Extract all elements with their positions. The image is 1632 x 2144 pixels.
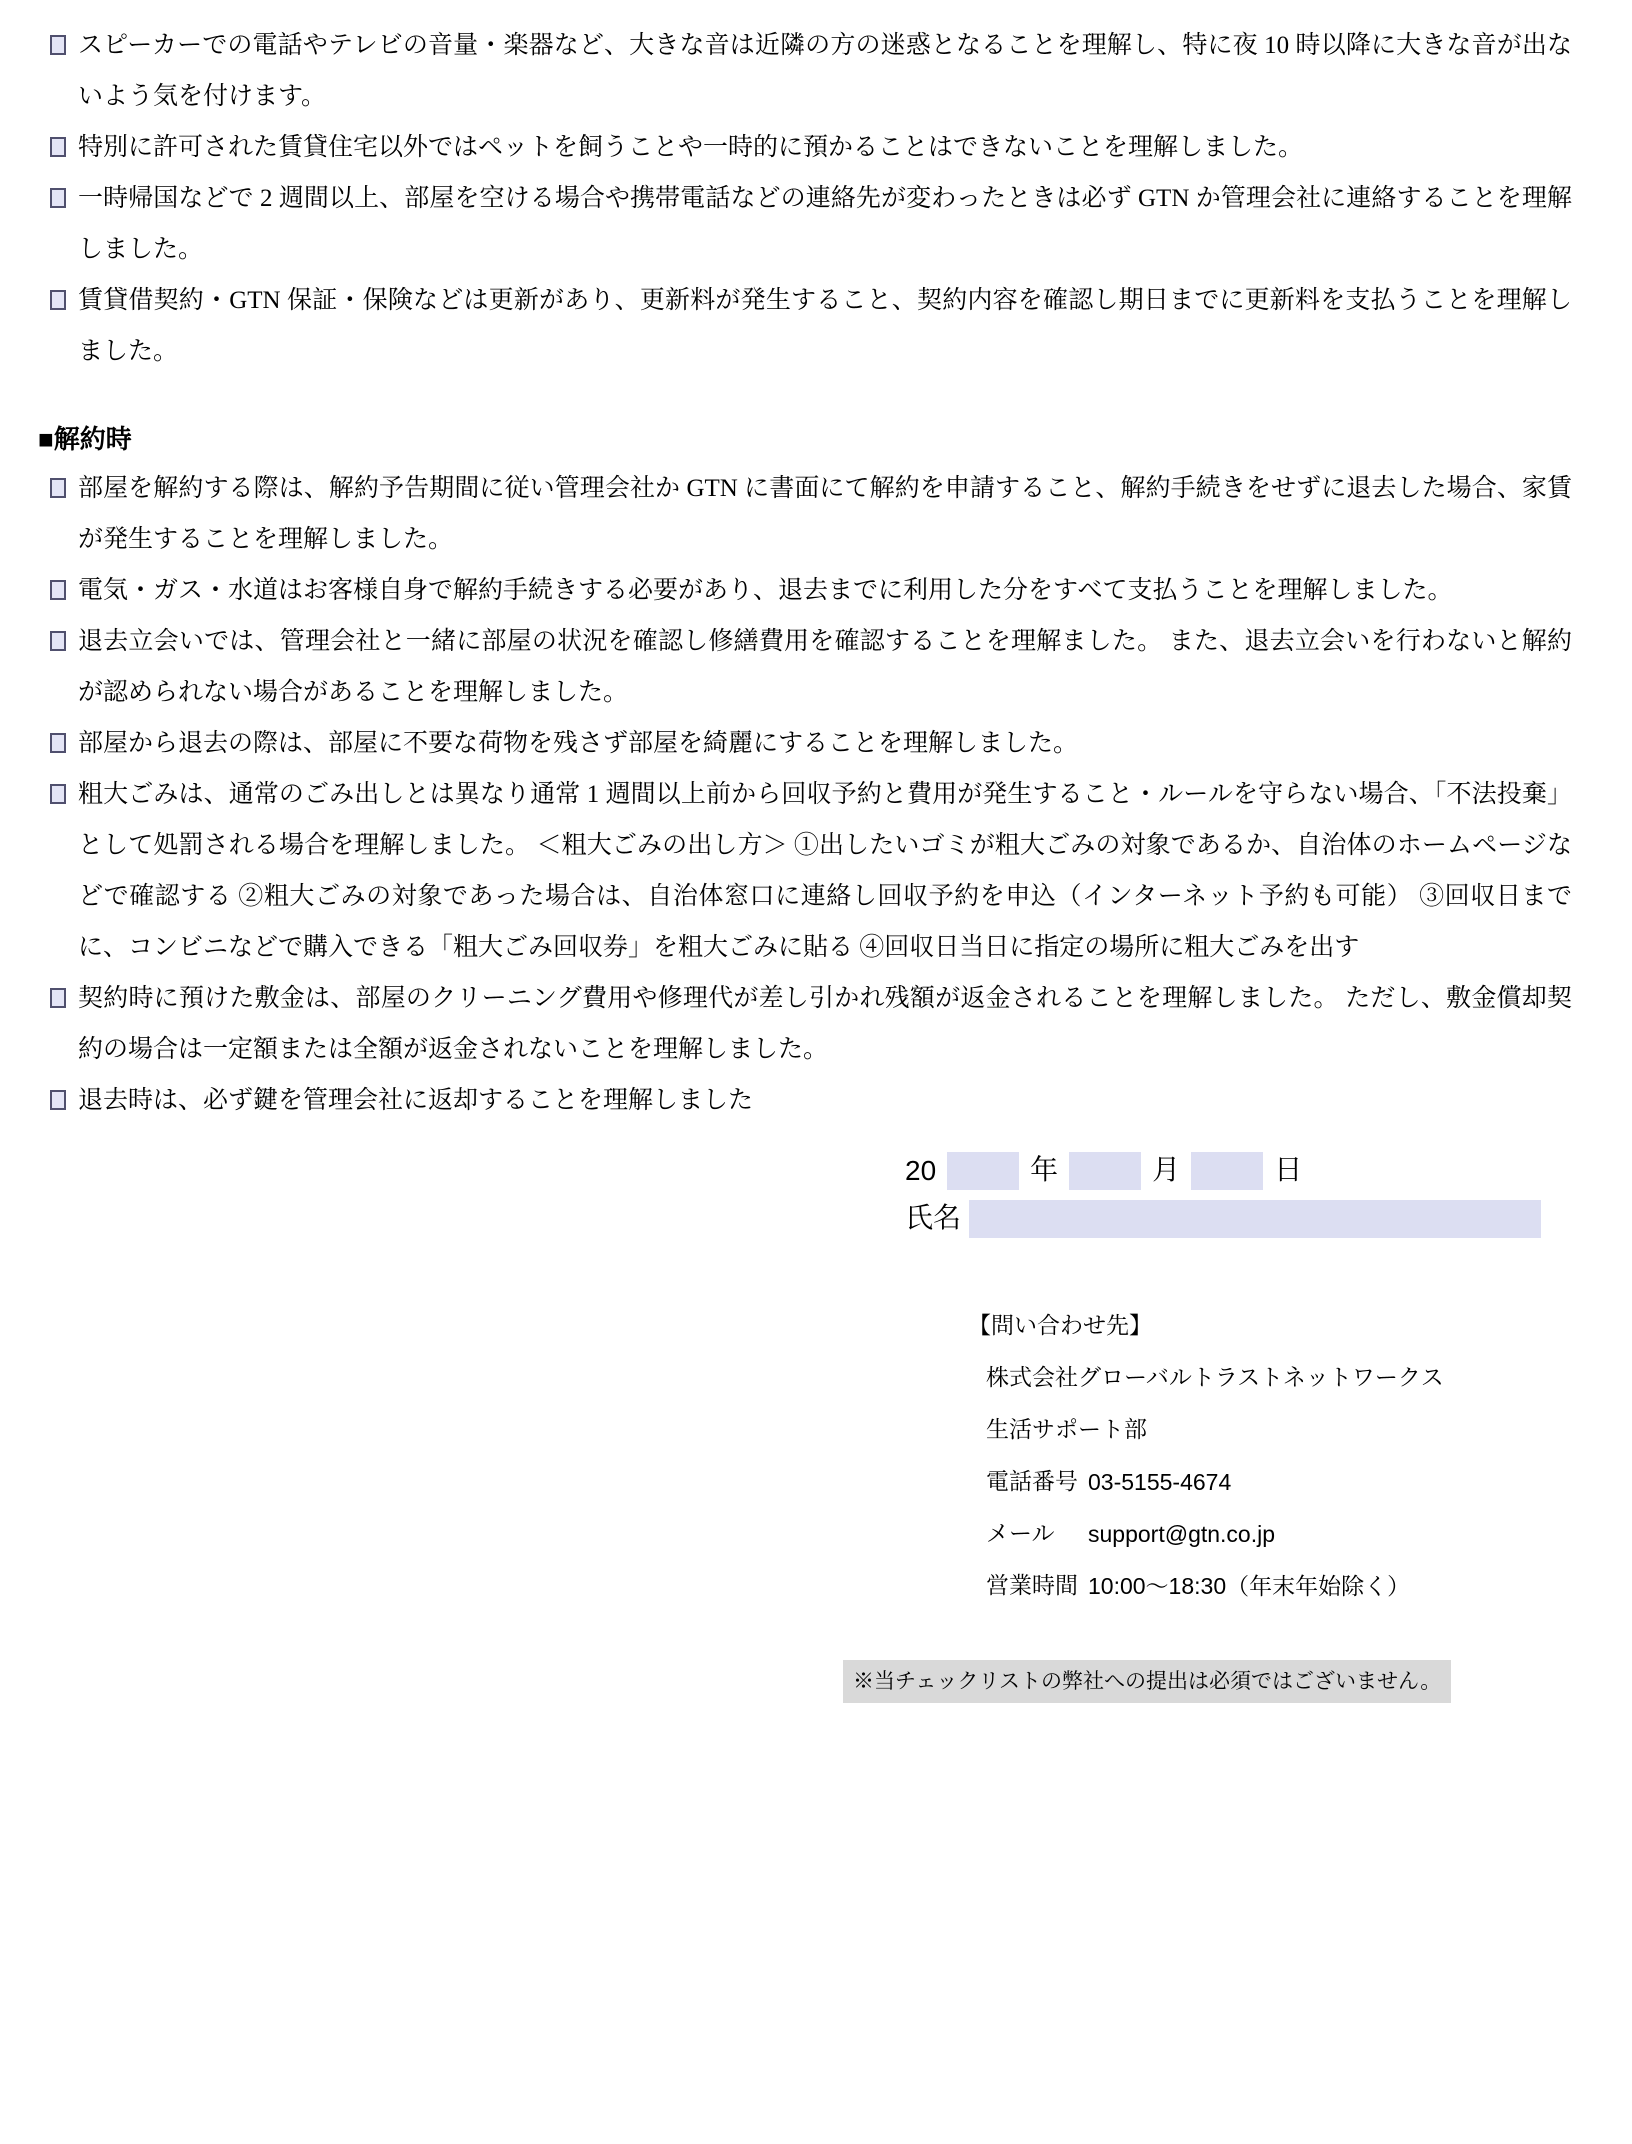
checklist-item-text: 特別に許可された賃貸住宅以外ではペットを飼うことや一時的に預かることはできないこ…	[78, 134, 1303, 161]
checkbox[interactable]	[50, 35, 66, 55]
section-title-cancellation: ■解約時	[38, 423, 1584, 457]
checklist-item-text: 契約時に預けた敷金は、部屋のクリーニング費用や修理代が差し引かれ残額が返金される…	[78, 985, 1572, 1063]
day-field[interactable]	[1191, 1152, 1263, 1190]
day-label: 日	[1274, 1148, 1302, 1194]
contact-phone-value: 03-5155-4674	[1088, 1456, 1231, 1508]
contact-email-value: support@gtn.co.jp	[1088, 1508, 1275, 1560]
year-field[interactable]	[947, 1152, 1019, 1190]
year-prefix: 20	[905, 1148, 936, 1194]
checklist-item: 賃貸借契約・GTN 保証・保険などは更新があり、更新料が発生すること、契約内容を…	[50, 275, 1572, 377]
checklist-item: 部屋を解約する際は、解約予告期間に従い管理会社か GTN に書面にて解約を申請す…	[50, 463, 1572, 565]
contact-email-row: メール support@gtn.co.jp	[986, 1508, 1584, 1560]
checklist-item-text: 部屋を解約する際は、解約予告期間に従い管理会社か GTN に書面にて解約を申請す…	[78, 475, 1572, 553]
footer-note: ※当チェックリストの弊社への提出は必須ではございません。	[843, 1660, 1451, 1703]
contact-phone-label: 電話番号	[986, 1456, 1088, 1508]
checklist-item: 特別に許可された賃貸住宅以外ではペットを飼うことや一時的に預かることはできないこ…	[50, 122, 1572, 173]
checkbox[interactable]	[50, 478, 66, 498]
name-field[interactable]	[969, 1200, 1541, 1238]
checklist-item: 電気・ガス・水道はお客様自身で解約手続きする必要があり、退去までに利用した分をす…	[50, 565, 1572, 616]
checkbox[interactable]	[50, 784, 66, 804]
signature-block: 20 年 月 日 氏名	[905, 1148, 1584, 1242]
checkbox[interactable]	[50, 580, 66, 600]
checklist-item-text: 電気・ガス・水道はお客様自身で解約手続きする必要があり、退去までに利用した分をす…	[78, 577, 1453, 604]
checklist-item: スピーカーでの電話やテレビの音量・楽器など、大きな音は近隣の方の迷惑となることを…	[50, 20, 1572, 122]
contact-heading: 【問い合わせ先】	[968, 1300, 1584, 1352]
date-line: 20 年 月 日	[905, 1148, 1584, 1194]
checklist-cancellation: 部屋を解約する際は、解約予告期間に従い管理会社か GTN に書面にて解約を申請す…	[50, 463, 1572, 1126]
contact-department: 生活サポート部	[986, 1404, 1584, 1456]
checklist-item-text: 一時帰国などで 2 週間以上、部屋を空ける場合や携帯電話などの連絡先が変わったと…	[78, 185, 1572, 263]
name-line: 氏名	[905, 1196, 1584, 1242]
document-page: スピーカーでの電話やテレビの音量・楽器など、大きな音は近隣の方の迷惑となることを…	[0, 0, 1632, 2144]
checklist-item-text: 粗大ごみは、通常のごみ出しとは異なり通常 1 週間以上前から回収予約と費用が発生…	[78, 781, 1572, 961]
checklist-item-text: 部屋から退去の際は、部屋に不要な荷物を残さず部屋を綺麗にすることを理解しました。	[78, 730, 1078, 757]
checkbox[interactable]	[50, 988, 66, 1008]
contact-hours-label: 営業時間	[986, 1560, 1088, 1612]
checklist-item: 退去時は、必ず鍵を管理会社に返却することを理解しました	[50, 1075, 1572, 1126]
checklist-item-text: 退去時は、必ず鍵を管理会社に返却することを理解しました	[78, 1087, 753, 1114]
month-label: 月	[1152, 1148, 1180, 1194]
month-field[interactable]	[1069, 1152, 1141, 1190]
checkbox[interactable]	[50, 631, 66, 651]
contact-company: 株式会社グローバルトラストネットワークス	[986, 1352, 1584, 1404]
contact-phone-row: 電話番号 03-5155-4674	[986, 1456, 1584, 1508]
checklist-item: 一時帰国などで 2 週間以上、部屋を空ける場合や携帯電話などの連絡先が変わったと…	[50, 173, 1572, 275]
contact-email-label: メール	[986, 1508, 1088, 1560]
name-label: 氏名	[905, 1196, 961, 1242]
checkbox[interactable]	[50, 1090, 66, 1110]
checklist-item: 退去立会いでは、管理会社と一緒に部屋の状況を確認し修繕費用を確認することを理解ま…	[50, 616, 1572, 718]
checklist-top: スピーカーでの電話やテレビの音量・楽器など、大きな音は近隣の方の迷惑となることを…	[50, 20, 1572, 377]
checklist-item: 粗大ごみは、通常のごみ出しとは異なり通常 1 週間以上前から回収予約と費用が発生…	[50, 769, 1572, 973]
checklist-item-text: スピーカーでの電話やテレビの音量・楽器など、大きな音は近隣の方の迷惑となることを…	[78, 32, 1572, 110]
checklist-item-text: 退去立会いでは、管理会社と一緒に部屋の状況を確認し修繕費用を確認することを理解ま…	[78, 628, 1572, 706]
checkbox[interactable]	[50, 290, 66, 310]
checkbox[interactable]	[50, 733, 66, 753]
contact-hours-row: 営業時間 10:00～18:30（年末年始除く）	[986, 1560, 1584, 1612]
year-label: 年	[1030, 1148, 1058, 1194]
checklist-item: 契約時に預けた敷金は、部屋のクリーニング費用や修理代が差し引かれ残額が返金される…	[50, 973, 1572, 1075]
contact-hours-value: 10:00～18:30（年末年始除く）	[1088, 1560, 1410, 1612]
checkbox[interactable]	[50, 137, 66, 157]
checkbox[interactable]	[50, 188, 66, 208]
checklist-item: 部屋から退去の際は、部屋に不要な荷物を残さず部屋を綺麗にすることを理解しました。	[50, 718, 1572, 769]
checklist-item-text: 賃貸借契約・GTN 保証・保険などは更新があり、更新料が発生すること、契約内容を…	[78, 287, 1572, 365]
contact-block: 【問い合わせ先】 株式会社グローバルトラストネットワークス 生活サポート部 電話…	[968, 1300, 1584, 1612]
